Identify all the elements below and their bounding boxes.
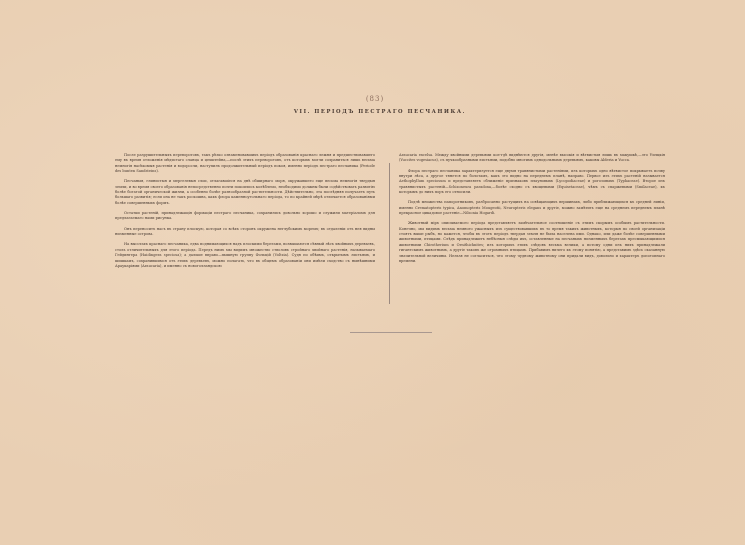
paragraph: Подлѣ множества папоротниковъ, разбросан… [399, 200, 665, 216]
right-column: Araucaria excelsa. Между хвойными деревь… [399, 153, 665, 269]
paragraph: На высотахъ краснаго песчаника, едва под… [115, 242, 375, 269]
chapter-title: VII. ПЕРІОДЪ ПЕСТРАГО ПЕСЧАНИКА. [240, 109, 520, 115]
page-number: (83) [361, 95, 389, 103]
column-divider [389, 163, 390, 304]
paragraph: Остатки растеній, принадлежащія формаціи… [115, 211, 375, 222]
end-rule [350, 332, 432, 333]
book-page: (83) VII. ПЕРІОДЪ ПЕСТРАГО ПЕСЧАНИКА. По… [0, 0, 745, 545]
left-column: После разрушительныхъ переворотовъ, такъ… [115, 153, 375, 274]
paragraph: Онъ переноситъ насъ въ страну плоскую, к… [115, 227, 375, 238]
paragraph: Животный міръ описываемого періода предс… [399, 221, 665, 264]
paragraph: Araucaria excelsa. Между хвойными деревь… [399, 153, 665, 164]
paragraph: После разрушительныхъ переворотовъ, такъ… [115, 153, 375, 174]
paragraph: Песчаныя, глинистыя и мергелевыя слои, о… [115, 179, 375, 206]
paragraph: Флора пестраго песчаника характеризуется… [399, 169, 665, 196]
